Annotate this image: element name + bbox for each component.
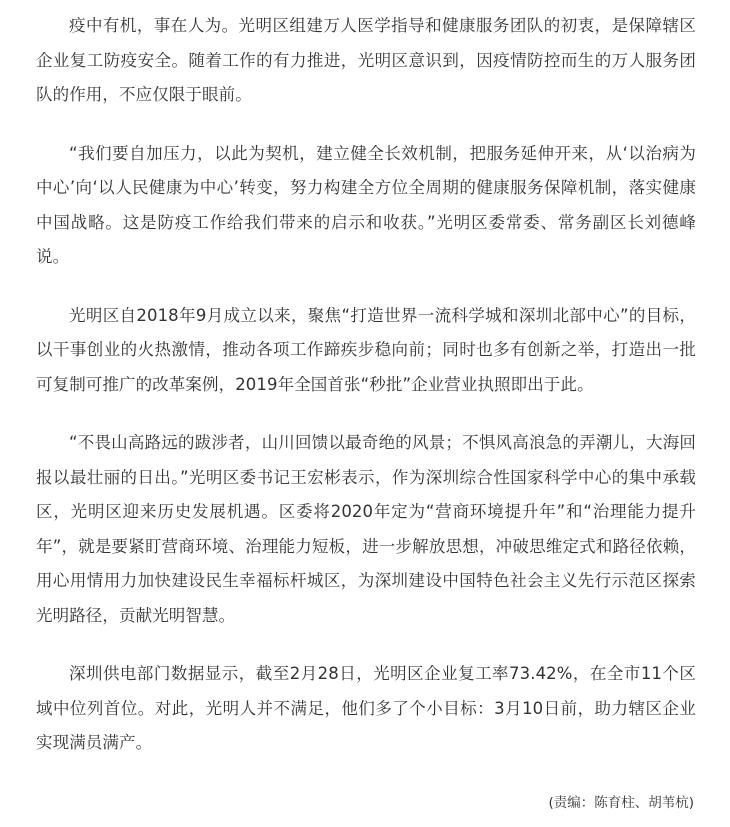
paragraph-3: 光明区自2018年9月成立以来，聚焦“打造世界一流科学城和深圳北部中心”的目标，… — [36, 299, 696, 403]
paragraph-5: 深圳供电部门数据显示，截至2月28日，光明区企业复工率73.42%，在全市11个… — [36, 657, 696, 761]
paragraph-1: 疫中有机，事在人为。光明区组建万人医学指导和健康服务团队的初衷，是保障辖区企业复… — [36, 9, 696, 113]
article-body: 疫中有机，事在人为。光明区组建万人医学指导和健康服务团队的初衷，是保障辖区企业复… — [36, 9, 696, 785]
paragraph-2: “我们要自加压力，以此为契机，建立健全长效机制，把服务延伸开来，从‘以治病为中心… — [36, 137, 696, 275]
paragraph-4: “不畏山高路远的跋涉者，山川回馈以最奇绝的风景；不惧风高浪急的弄潮儿，大海回报以… — [36, 426, 696, 633]
editor-credit: (责编：陈育柱、胡苇杭) — [548, 791, 694, 811]
